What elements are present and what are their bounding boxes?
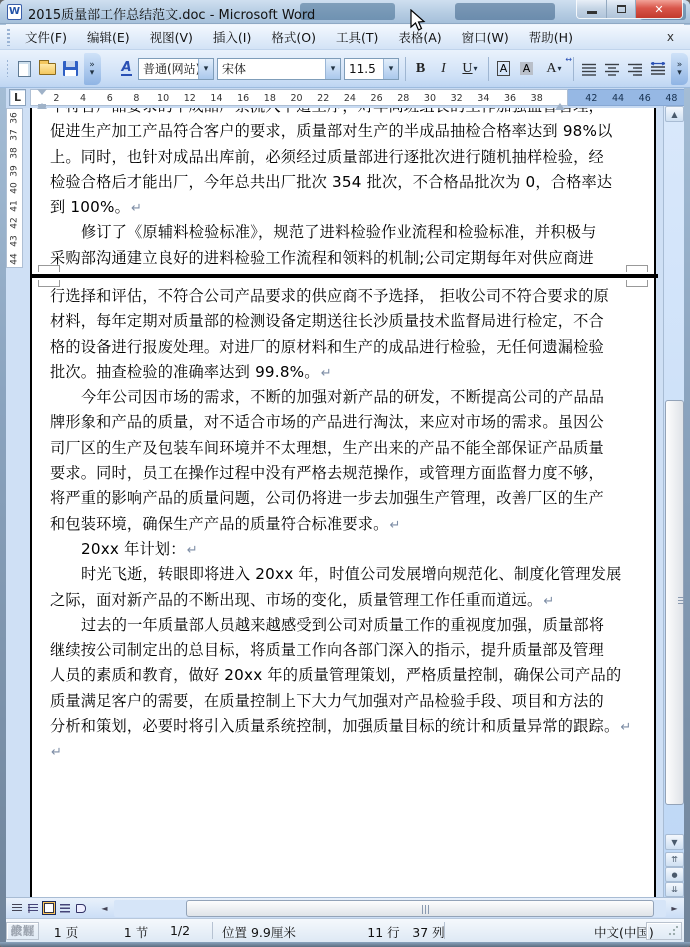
- view-mode-button[interactable]: [10, 901, 24, 915]
- view-mode-icon: [12, 904, 22, 913]
- status-column: 37 列: [401, 923, 456, 941]
- left-arrow-icon: ◄: [101, 904, 107, 913]
- menu-item[interactable]: 视图(V): [140, 25, 203, 49]
- bold-icon: B: [416, 61, 425, 77]
- formatting-toolbar-overflow-button[interactable]: » ▾: [671, 53, 688, 85]
- page-break-line: [32, 274, 658, 278]
- status-language[interactable]: 中文(中国): [594, 923, 654, 941]
- close-button[interactable]: ✕: [636, 0, 682, 18]
- toolbar-separator: [405, 57, 406, 81]
- window-border: [0, 942, 690, 947]
- horizontal-ruler: L 2468101214161820222426283032343638 424…: [6, 88, 690, 108]
- toolbar-separator: [573, 57, 574, 81]
- status-separator: [444, 922, 445, 939]
- status-page: 1 页: [36, 923, 96, 941]
- ruler-numbers: 2468101214161820222426283032343638: [43, 92, 550, 105]
- text-line[interactable]: 继续按公司制定出的总目标，将质量工作向各部门深入的指示，提升质量部及管理: [50, 638, 646, 663]
- view-mode-icon: [60, 904, 70, 913]
- chevron-down-icon[interactable]: ▾: [383, 59, 398, 79]
- menu-item[interactable]: 窗口(W): [452, 25, 519, 49]
- paragraph-mark-icon: ↵: [321, 366, 332, 381]
- text-line[interactable]: 将严重的影响产品的质量问题，公司仍将进一步去加强生产管理，改善厂区的生产: [50, 486, 646, 511]
- next-page-icon: ⇊: [671, 885, 678, 894]
- paragraph-mark-icon: ↵: [187, 543, 198, 558]
- view-mode-button[interactable]: [74, 901, 88, 915]
- vertical-ruler[interactable]: 363738394041424344: [6, 108, 23, 268]
- center-icon: [604, 62, 620, 76]
- text-line[interactable]: 行选择和评估，不符合公司产品要求的供应商不予选择， 拒收公司不符合要求的原: [50, 284, 646, 309]
- window-border: [684, 24, 690, 947]
- scroll-down-button[interactable]: ▼: [665, 834, 684, 850]
- text-line[interactable]: 牌形象和产品的质量，对不适合市场的产品进行淘汰，来应对市场的需求。虽因公: [50, 410, 646, 435]
- open-button[interactable]: [36, 57, 59, 81]
- align-right-icon: [627, 62, 643, 76]
- word-window: W 2015质量部工作总结范文.doc - Microsoft Word ✕ 文…: [0, 0, 690, 947]
- text-line[interactable]: 时光飞逝，转眼即将进入 20xx 年，时值公司发展增向规范化、制度化管理发展: [50, 562, 646, 587]
- restore-button[interactable]: [607, 0, 636, 18]
- vertical-ruler-numbers: 363738394041424344: [7, 109, 22, 267]
- ruler-number: 8: [123, 92, 150, 105]
- ruler-number: 34: [470, 92, 497, 105]
- resize-grip-icon[interactable]: [668, 926, 678, 936]
- menu-item[interactable]: 编辑(E): [77, 25, 140, 49]
- distributed-icon: [650, 62, 666, 76]
- view-buttons: [10, 901, 88, 915]
- close-document-button[interactable]: x: [661, 30, 680, 44]
- ruler-number: 28: [390, 92, 417, 105]
- align-right-button[interactable]: [623, 57, 646, 81]
- horizontal-scrollbar-row: ◄ ►: [6, 897, 684, 918]
- toolbar-drag-handle[interactable]: [110, 60, 111, 77]
- right-arrow-icon: ►: [671, 904, 677, 913]
- character-border-button[interactable]: A: [492, 57, 515, 81]
- ruler-number: 40: [7, 179, 22, 197]
- chevron-down-icon: ▾: [90, 69, 95, 77]
- status-position: 位置 9.9厘米: [222, 923, 296, 941]
- ruler-text-area[interactable]: 2468101214161820222426283032343638: [30, 89, 568, 106]
- ruler-number: 41: [7, 197, 22, 215]
- new-document-icon: [18, 61, 31, 77]
- text-line[interactable]: 修订了《原辅料检验标准》，规范了进料检验作业流程和检验标准，并积极与: [50, 220, 646, 245]
- ruler-number: 4: [70, 92, 97, 105]
- text-line[interactable]: ↵: [50, 739, 646, 764]
- text-line[interactable]: 采购部沟通建立良好的进料检验工作流程和领料的机制;公司定期每年对供应商进: [50, 246, 646, 271]
- text-line[interactable]: 过去的一年质量部人员越来越感受到公司对质量工作的重视度加强，质量部将: [50, 613, 646, 638]
- menu-item[interactable]: 格式(O): [261, 25, 326, 49]
- text-line[interactable]: 人员的素质和教育，做好 20xx 年的质量管理策划，严格质量控制，确保公司产品的: [50, 663, 646, 688]
- ruler-number: 2: [43, 92, 70, 105]
- font-size-value: 11.5: [345, 62, 383, 76]
- ruler-number: 43: [7, 232, 22, 250]
- text-line[interactable]: 到 100%。↵: [50, 195, 646, 220]
- ruler-number: 30: [417, 92, 444, 105]
- view-mode-button[interactable]: [58, 901, 72, 915]
- document-area: 363738394041424344 不符合产品要求的半成品严禁流入下道工序，对…: [6, 108, 663, 897]
- text-line[interactable]: 质量满足客户的需要，在质量控制上下大力气加强对产品检验手段、项目和方法的: [50, 689, 646, 714]
- select-browse-object-button[interactable]: ●: [665, 867, 684, 882]
- close-icon: ✕: [654, 3, 663, 16]
- menu-item[interactable]: 插入(I): [203, 25, 261, 49]
- browse-object-icon: ●: [671, 871, 677, 879]
- toolbar-drag-handle[interactable]: [7, 60, 8, 77]
- italic-button[interactable]: I: [432, 57, 455, 81]
- page1-text[interactable]: 不符合产品要求的半成品严禁流入下道工序，对车间班组长的工作加强监督管理，促进生产…: [50, 108, 646, 271]
- ruler-number: 48: [658, 92, 685, 105]
- ruler-number: 38: [7, 144, 22, 162]
- previous-page-button[interactable]: ⇈: [665, 852, 684, 867]
- ruler-number: 32: [443, 92, 470, 105]
- thumb-grip-icon: [422, 905, 431, 914]
- ruler-number: 16: [230, 92, 257, 105]
- status-mode-button[interactable]: 改写: [6, 922, 39, 940]
- ruler-number: 12: [176, 92, 203, 105]
- text-line[interactable]: 检验合格后才能出厂，今年总共出厂批次 354 批次，不合格品批次为 0，合格率达: [50, 170, 646, 195]
- document-page[interactable]: 不符合产品要求的半成品严禁流入下道工序，对车间班组长的工作加强监督管理，促进生产…: [30, 108, 656, 897]
- word-app-icon: W: [7, 4, 22, 20]
- chevron-down-icon[interactable]: ▾: [325, 59, 340, 79]
- toolbar-drag-handle[interactable]: [7, 29, 10, 46]
- vertical-scrollbar-thumb[interactable]: [665, 400, 684, 805]
- previous-page-icon: ⇈: [671, 855, 678, 864]
- ruler-margin-numbers: 42444648: [578, 92, 685, 105]
- ruler-number: 36: [497, 92, 524, 105]
- vertical-scrollbar[interactable]: ▲ ▼ ⇈ ● ⇊: [663, 106, 684, 899]
- menu-item[interactable]: 帮助(H): [519, 25, 583, 49]
- justify-icon: [581, 62, 597, 76]
- status-bar: 1 页 1 节 1/2 位置 9.9厘米 11 行 37 列 录制修订扩展改写 …: [6, 918, 684, 943]
- text-line[interactable]: 要求。同时，员工在操作过程中没有严格去规范操作，或管理方面监督力度不够，: [50, 461, 646, 486]
- font-value: 宋体: [218, 60, 325, 77]
- ruler-number: 14: [203, 92, 230, 105]
- menu-item[interactable]: 文件(F): [15, 25, 77, 49]
- scroll-left-button[interactable]: ◄: [98, 901, 111, 916]
- minimize-button[interactable]: [577, 0, 607, 18]
- text-line[interactable]: 材料，每年定期对质量部的检测设备定期送往长沙质量技术监督局进行检定，不合: [50, 309, 646, 334]
- status-page-of: 1/2: [156, 923, 204, 938]
- status-separator: [212, 922, 213, 939]
- ruler-number: 44: [7, 250, 22, 268]
- text-line[interactable]: 批次。抽查检验的准确率达到 99.8%。↵: [50, 360, 646, 385]
- left-indent-marker[interactable]: [38, 104, 46, 107]
- save-button[interactable]: [59, 57, 82, 81]
- character-scaling-button[interactable]: A ↔ ▾: [538, 57, 570, 81]
- margin-corner-mark: [626, 265, 648, 272]
- font-combobox[interactable]: 宋体 ▾: [217, 58, 341, 80]
- background-window-glow: [455, 3, 555, 20]
- ruler-number: 18: [257, 92, 284, 105]
- scroll-right-button[interactable]: ►: [668, 901, 681, 916]
- menu-bar: 文件(F)编辑(E)视图(V)插入(I)格式(O)工具(T)表格(A)窗口(W)…: [0, 25, 690, 50]
- center-button[interactable]: [600, 57, 623, 81]
- paragraph-mark-icon: ↵: [620, 720, 631, 735]
- paragraph-mark-icon: ↵: [131, 201, 142, 216]
- text-line[interactable]: 司厂区的生产及包装车间环境并不太理想，生产出来的产品不能全部保证产品质量: [50, 436, 646, 461]
- horizontal-scrollbar-track[interactable]: [114, 900, 666, 917]
- distributed-button[interactable]: [646, 57, 669, 81]
- view-mode-icon: [76, 904, 86, 913]
- restore-icon: [617, 5, 626, 13]
- ruler-number: 44: [605, 92, 632, 105]
- style-combobox[interactable]: 普通(网站) ▾: [138, 58, 214, 80]
- font-size-combobox[interactable]: 11.5 ▾: [344, 58, 399, 80]
- window-border: [0, 24, 6, 947]
- title-bar[interactable]: W 2015质量部工作总结范文.doc - Microsoft Word ✕: [0, 0, 690, 24]
- scroll-up-button[interactable]: ▲: [665, 106, 684, 122]
- ruler-number: 10: [150, 92, 177, 105]
- menu-items: 文件(F)编辑(E)视图(V)插入(I)格式(O)工具(T)表格(A)窗口(W)…: [15, 25, 583, 49]
- text-line[interactable]: 促进生产加工产品符合客户的要求，质量部对生产的半成品抽检合格率达到 98%以: [50, 119, 646, 144]
- ruler-margin-area[interactable]: 42444648: [568, 89, 690, 106]
- chevron-down-icon[interactable]: ▾: [198, 59, 213, 79]
- ruler-number: 36: [7, 109, 22, 127]
- bold-button[interactable]: B: [409, 57, 432, 81]
- window-title: 2015质量部工作总结范文.doc - Microsoft Word: [28, 4, 315, 23]
- view-mode-icon: [44, 903, 54, 913]
- text-line[interactable]: 上。同时，也针对成品出库前，必须经过质量部进行逐批次进行随机抽样检验，经: [50, 145, 646, 170]
- style-value: 普通(网站): [139, 60, 198, 77]
- styles-icon: A: [121, 61, 131, 76]
- open-folder-icon: [39, 63, 56, 75]
- chevron-down-icon[interactable]: ▾: [558, 64, 562, 73]
- paragraph-mark-icon: ↵: [51, 745, 62, 760]
- italic-icon: I: [441, 61, 446, 77]
- save-floppy-icon: [63, 61, 78, 76]
- chevron-down-icon: ▾: [677, 69, 682, 77]
- new-document-button[interactable]: [13, 57, 36, 81]
- ruler-number: 20: [283, 92, 310, 105]
- character-shading-icon: A: [520, 62, 534, 75]
- underline-icon: U: [462, 61, 472, 77]
- next-page-button[interactable]: ⇊: [665, 882, 684, 897]
- ruler-number: 38: [523, 92, 550, 105]
- status-section: 1 节: [111, 923, 161, 941]
- ruler-number: 42: [578, 92, 605, 105]
- status-spare-box: [646, 922, 682, 940]
- text-line[interactable]: 格的设备进行报废处理。对进厂的原材料和生产的成品进行检验，无任何遗漏检验: [50, 335, 646, 360]
- underline-button[interactable]: U ▾: [455, 57, 485, 81]
- text-line[interactable]: 之际，面对新产品的不断出现、市场的变化，质量管理工作任重而道远。↵: [50, 588, 646, 613]
- ruler-number: 42: [7, 215, 22, 233]
- ruler-number: 24: [337, 92, 364, 105]
- styles-and-formatting-button[interactable]: A: [115, 57, 138, 81]
- page2-text[interactable]: 行选择和评估，不符合公司产品要求的供应商不予选择， 拒收公司不符合要求的原材料，…: [50, 284, 646, 765]
- margin-corner-mark: [38, 265, 60, 272]
- horizontal-scrollbar-thumb[interactable]: [186, 900, 654, 917]
- paragraph-mark-icon: ↵: [543, 594, 554, 609]
- text-line[interactable]: 分析和策划，必要时将引入质量系统控制，加强质量目标的统计和质量异常的跟踪。↵: [50, 714, 646, 739]
- toolbar: » ▾ A 普通(网站) ▾ 宋体 ▾ 11.5 ▾ B I U ▾ A A A…: [0, 50, 690, 88]
- view-mode-button[interactable]: [26, 901, 40, 915]
- ruler-number: 26: [363, 92, 390, 105]
- view-mode-button[interactable]: [42, 901, 56, 915]
- scale-arrows-icon: ↔: [565, 56, 572, 64]
- toolbar-separator: [488, 57, 489, 81]
- up-arrow-icon: ▲: [671, 110, 677, 119]
- text-line[interactable]: 今年公司因市场的需求，不断的加强对新产品的研发，不断提高公司的产品品: [50, 385, 646, 410]
- character-shading-button[interactable]: A: [515, 57, 538, 81]
- ruler-number: 22: [310, 92, 337, 105]
- minimize-icon: [587, 11, 597, 14]
- justify-button[interactable]: [577, 57, 600, 81]
- character-scaling-icon: A: [546, 61, 556, 77]
- view-mode-icon: [28, 904, 38, 913]
- ruler-number: 37: [7, 127, 22, 145]
- text-line[interactable]: 和包装环境，确保生产产品的质量符合标准要求。↵: [50, 512, 646, 537]
- right-indent-marker[interactable]: [555, 98, 565, 110]
- character-border-icon: A: [497, 61, 511, 76]
- ruler-number: 6: [96, 92, 123, 105]
- ruler-number: 39: [7, 162, 22, 180]
- chevron-down-icon[interactable]: ▾: [474, 64, 478, 73]
- text-line[interactable]: 20xx 年计划：↵: [50, 537, 646, 562]
- window-controls: ✕: [576, 0, 683, 19]
- menu-item[interactable]: 工具(T): [326, 25, 388, 49]
- mouse-cursor: [410, 9, 428, 33]
- standard-toolbar-overflow-button[interactable]: » ▾: [84, 53, 101, 85]
- down-arrow-icon: ▼: [671, 838, 677, 847]
- ruler-number: 46: [631, 92, 658, 105]
- tab-selector[interactable]: L: [9, 89, 26, 106]
- paragraph-mark-icon: ↵: [390, 518, 401, 533]
